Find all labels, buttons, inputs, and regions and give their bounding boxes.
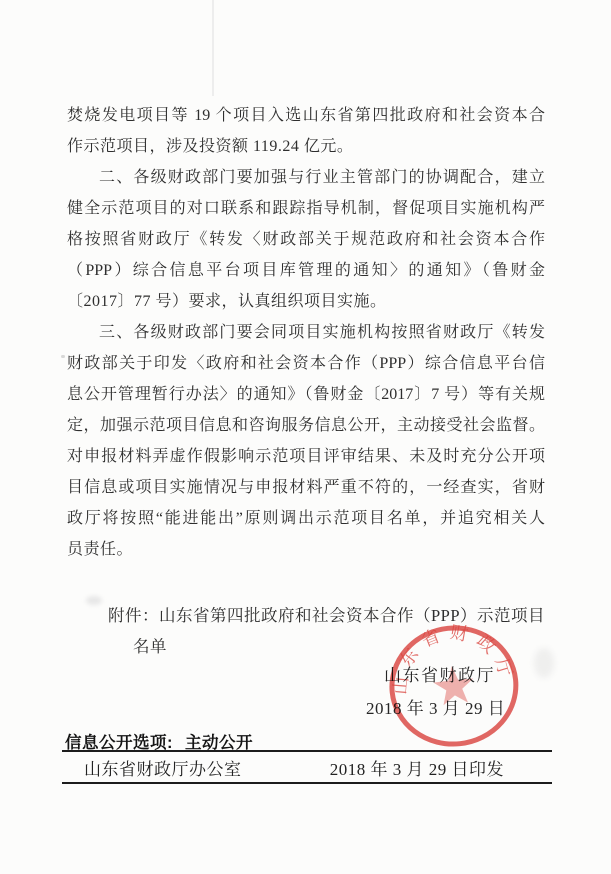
body-line: 息公开管理暂行办法〉的通知》（鲁财金〔2017〕7 号）等有关规: [67, 379, 545, 410]
scanned-document-page: 焚烧发电项目等 19 个项目入选山东省第四批政府和社会资本合 作示范项目，涉及投…: [0, 0, 611, 874]
body-line: 三、各级财政部门要会同项目实施机构按照省财政厅《转发: [67, 317, 545, 348]
body-line: 格按照省财政厅《转发〈财政部关于规范政府和社会资本合作: [67, 224, 545, 255]
body-line: 财政部关于印发〈政府和社会资本合作（PPP）综合信息平台信: [67, 348, 545, 379]
seal-star: [432, 664, 476, 706]
official-seal: 山东省财政厅: [380, 616, 529, 758]
issuing-office: 山东省财政厅办公室: [84, 758, 242, 782]
body-line: 作示范项目，涉及投资额 119.24 亿元。: [67, 131, 545, 162]
body-line: 〔2017〕77 号）要求，认真组织项目实施。: [67, 286, 545, 317]
footer-divider-top: [62, 750, 552, 752]
body-line: 对申报材料弄虚作假影响示范项目评审结果、未及时充分公开项: [67, 441, 545, 472]
body-line: 焚烧发电项目等 19 个项目入选山东省第四批政府和社会资本合: [67, 100, 545, 131]
body-line: 员责任。: [67, 534, 545, 565]
body-line: 二、各级财政部门要加强与行业主管部门的协调配合，建立: [67, 162, 545, 193]
body-line: 政厅将按照“能进能出”原则调出示范项目名单，并追究相关人: [67, 503, 545, 534]
footer-divider-bottom: [62, 782, 552, 784]
footer-office-row: 山东省财政厅办公室 2018 年 3 月 29 日印发: [62, 758, 552, 782]
body-line: （PPP）综合信息平台项目库管理的通知〉的通知》（鲁财金: [67, 255, 545, 286]
print-date: 2018 年 3 月 29 日印发: [330, 758, 504, 782]
body-line: 定，加强示范项目信息和咨询服务信息公开，主动接受社会监督。: [67, 410, 545, 441]
body-line: 目信息或项目实施情况与申报材料严重不符的，一经查实，省财: [67, 472, 545, 503]
scan-artifact: [212, 0, 214, 96]
scan-artifact: [61, 355, 65, 358]
body-line: 健全示范项目的对口联系和跟踪指导机制，督促项目实施机构严: [67, 193, 545, 224]
document-body: 焚烧发电项目等 19 个项目入选山东省第四批政府和社会资本合 作示范项目，涉及投…: [67, 100, 545, 565]
